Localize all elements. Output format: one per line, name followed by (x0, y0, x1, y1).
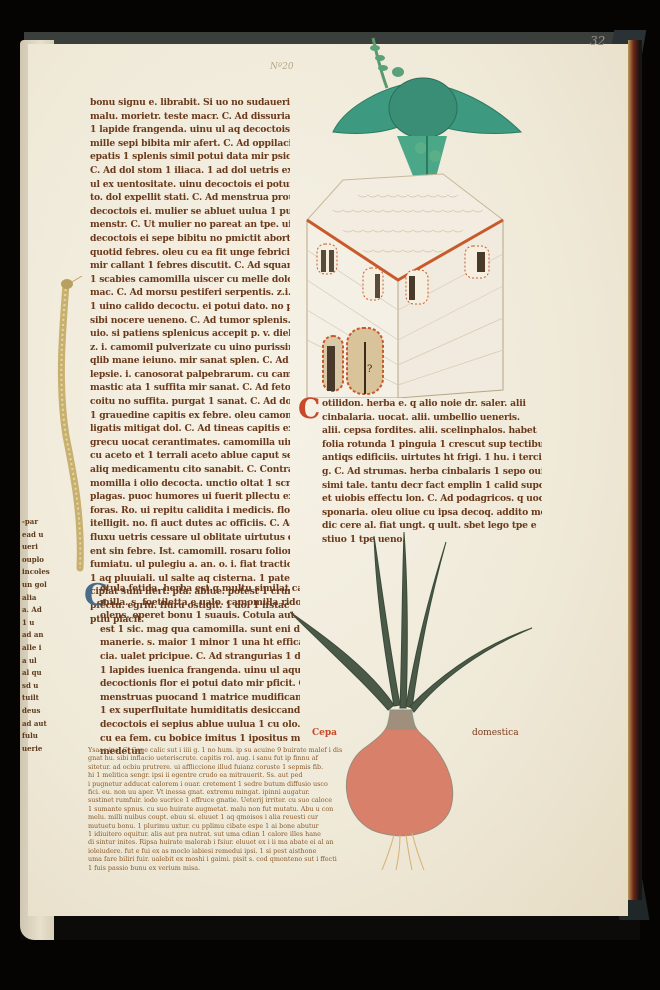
text-line: ad aut (22, 718, 52, 731)
text-column-cotyledon: otilidon. herba e. q alio noie dr. saler… (300, 397, 542, 547)
text-line: alia (22, 592, 52, 605)
text-column-cameomilla: bonu signu e. librabit. Si uo no sudauer… (90, 96, 290, 626)
folio-number: 32 (590, 34, 605, 48)
text-line: otula fetida. herba est q multu similat … (100, 582, 300, 596)
text-line: mutuetu bonu. 1 plurimu uxtur. cu pplimu… (88, 822, 350, 830)
text-line: cu aceto et 1 terrali aceto ablue caput … (90, 449, 290, 463)
text-line: stiuo 1 tpe ueno. (322, 533, 542, 547)
svg-text:?: ? (367, 364, 372, 375)
text-line: di sintur inites. Ripsa huirate malerab … (88, 838, 350, 846)
text-line: sustinet rumfuir. iodo sucrice 1 effruce… (88, 796, 350, 804)
text-line: al qu (22, 667, 52, 680)
text-line: dic cere al. fiat ungt. q uult. sbet leg… (322, 519, 542, 533)
text-line: coitu no suffita. purgat 1 sanat. C. Ad … (90, 395, 290, 409)
text-line: 1 grauedine capitis ex febre. oleu camom… (90, 409, 290, 423)
text-line: -par (22, 516, 52, 529)
text-line: to. dol expellit stati. C. Ad menstrua p… (90, 191, 290, 205)
text-line: C. Ad dol stom 1 iliaca. 1 ad dol uetris… (90, 164, 290, 178)
text-line: 1 u (22, 617, 52, 630)
text-line: z. i. camomil pulverizate cu uino puriss… (90, 341, 290, 355)
text-line: a. Ad (22, 604, 52, 617)
text-line: alii. cepsa fordites. alii. scelinphalos… (322, 424, 542, 438)
text-line: est 1 sic. mag qua camomilla. sunt eni d… (100, 623, 300, 637)
text-line: Ysaac ipa. C. Cepe calic sut i iiii g. 1… (88, 746, 350, 754)
text-line: incoles (22, 566, 52, 579)
text-line: lepsie. i. canosorat palpebrarum. cu cam… (90, 368, 290, 382)
text-line: 1 ex superfluitate humiditatis desiccand… (100, 704, 300, 718)
text-line: 1 fuis passio bunu ex verium misa. (88, 864, 350, 872)
text-line: fulu (22, 730, 52, 743)
text-line: foras. Ro. ui repitu calidita i medicis.… (90, 504, 290, 518)
commentary-text-cepa: Ysaac ipa. C. Cepe calic sut i iiii g. 1… (88, 746, 350, 872)
text-line: decoctois ei sepe bibitu no pmictit abor… (90, 232, 290, 246)
shelfmark-note: Nº20 (270, 62, 294, 72)
text-line: 1 lapide frangenda. uinu ul aq decoctois… (90, 123, 290, 137)
text-line: fumiatu. ul pulegiu a. an. o. i. fiat tr… (90, 558, 290, 572)
text-line: grecu uocat cerantimates. camomilla uinu (90, 436, 290, 450)
text-line: simi tale. tantu decr fact emplin 1 cali… (322, 479, 542, 493)
text-line: 1 uino calido decoctu. ei potui dato. no… (90, 300, 290, 314)
text-line: et uiobis effectu lon. C. Ad podagricos.… (322, 492, 542, 506)
text-line: ligatis mitigat dol. C. Ad tineas capiti… (90, 422, 290, 436)
text-line: fluxu uetris cessare ul oblitate uirtutu… (90, 531, 290, 545)
text-line: antiqs edificiis. uirtutes ht frigi. 1 h… (322, 451, 542, 465)
text-line: sponaria. oleu oliue cu ipsa decoq. addi… (322, 506, 542, 520)
text-line: melu. milli nuibus coupt. ebuu si. eluue… (88, 813, 350, 821)
text-line: milla. s. foetiletta e ualo. camomilla r… (100, 596, 300, 610)
text-line: manerie. s. maior 1 minor 1 una ht effic… (100, 636, 300, 650)
text-line: fici. eu. non uu aper. Vt inessa gnat. e… (88, 788, 350, 796)
text-line: g. C. Ad strumas. herba cinbalaris 1 sep… (322, 465, 542, 479)
text-line: mille sepi bibita mir afert. C. Ad oppil… (90, 137, 290, 151)
text-line: tuilt (22, 692, 52, 705)
text-line: deus (22, 705, 52, 718)
text-line: 1 scabies camomilla uiscer cu melle dolo… (90, 273, 290, 287)
text-line: ouplo (22, 554, 52, 567)
text-line: sibi nocere ueneno. C. Ad tumor splenis.… (90, 314, 290, 328)
text-line: 1 idiuitero oquitur. alis aut pra nutrat… (88, 830, 350, 838)
text-line: alle i (22, 642, 52, 655)
text-line: plagas. puoc humores ui fuerit pllectu e… (90, 490, 290, 504)
text-line: momilla i olio decocta. unctio oltat 1 s… (90, 477, 290, 491)
text-line: decoctionis flor ei potui dato mir pfici… (100, 677, 300, 691)
text-line: cia. ualet pricipue. C. Ad strangurias 1… (100, 650, 300, 664)
text-line: ad an (22, 629, 52, 642)
text-line: ent sin febre. Ist. camomill. rosaru fol… (90, 545, 290, 559)
text-line: 1 sumante spnus. cu suo huirate augmetat… (88, 805, 350, 813)
building-illustration: ? (303, 170, 508, 398)
text-line: uio. si patiens splenicus accepit p. v. … (90, 327, 290, 341)
text-line: gnat hu. sibi inflacio ueteriscrute. cap… (88, 754, 350, 762)
facing-page-text: -paread uueriouploincolesun golaliaa. Ad… (22, 516, 52, 755)
text-line: otilidon. herba e. q alio noie dr. saler… (322, 397, 542, 411)
text-line: ul ex uentositate. uinu decoctois ei pot… (90, 178, 290, 192)
text-line: hi 1 melitica sengr. ipsi ii egentre cru… (88, 771, 350, 779)
label-cepa: Cepa (312, 728, 337, 738)
text-line: sd u (22, 680, 52, 693)
text-line: cinbalaria. uocat. alii. umbellio ueneri… (322, 411, 542, 425)
text-line: a ul (22, 655, 52, 668)
text-column-cotula: otula fetida. herba est q multu similat … (90, 582, 300, 759)
text-line: folia rotunda 1 pinguia 1 crescut sup te… (322, 438, 542, 452)
text-line: uerie (22, 743, 52, 756)
text-line: olens. operet bonu 1 suauis. Cotula aut.… (100, 609, 300, 623)
text-line: menstr. C. Ut mulier no pareat an tpe. u… (90, 218, 290, 232)
text-line: ueri (22, 541, 52, 554)
text-line: i pugnetur adducat calorem i ouar. crete… (88, 780, 350, 788)
text-line: un gol (22, 579, 52, 592)
label-domestica: domestica (472, 728, 519, 738)
text-line: sitetur. ad ocbiu prutrere. ui affliccio… (88, 763, 350, 771)
text-line: cu ea fem. cu bobice imitus 1 ipositus m… (100, 732, 300, 746)
page-fore-edge (628, 40, 642, 900)
text-line: epatis 1 splenis simil potui data mir ps… (90, 150, 290, 164)
text-line: ioleiudere. fut e fui ex as moclo iabies… (88, 847, 350, 855)
text-line: malu. morietr. teste macr. C. Ad dissuri… (90, 110, 290, 124)
text-line: ead u (22, 529, 52, 542)
text-line: mac. C. Ad morsu pestiferi serpentis. z.… (90, 286, 290, 300)
text-line: uma fare biliri fuir. ualebit ex moshi i… (88, 855, 350, 863)
text-line: quotid febres. oleu cu ea fit unge febri… (90, 246, 290, 260)
text-line: 1 lapides iuenica frangenda. uinu ul aqu… (100, 664, 300, 678)
text-line: decoctois ei. mulier se abluet uulua 1 p… (90, 205, 290, 219)
text-line: menstruas puocand 1 matrice mudificandi (100, 691, 300, 705)
text-line: bonu signu e. librabit. Si uo no sudauer… (90, 96, 290, 110)
text-line: qlib mane ieiuno. mir sanat splen. C. Ad… (90, 354, 290, 368)
text-line: itelligit. no. fi auct dutes ac officiis… (90, 517, 290, 531)
text-line: aliq medicamentu cito sanabit. C. Contra… (90, 463, 290, 477)
text-line: mastic ata 1 suffita mir sanat. C. Ad fe… (90, 381, 290, 395)
text-line: mir callant 1 febres discutit. C. Ad squ… (90, 259, 290, 273)
text-line: decoctois ei sepius ablue uulua 1 cu olo… (100, 718, 300, 732)
